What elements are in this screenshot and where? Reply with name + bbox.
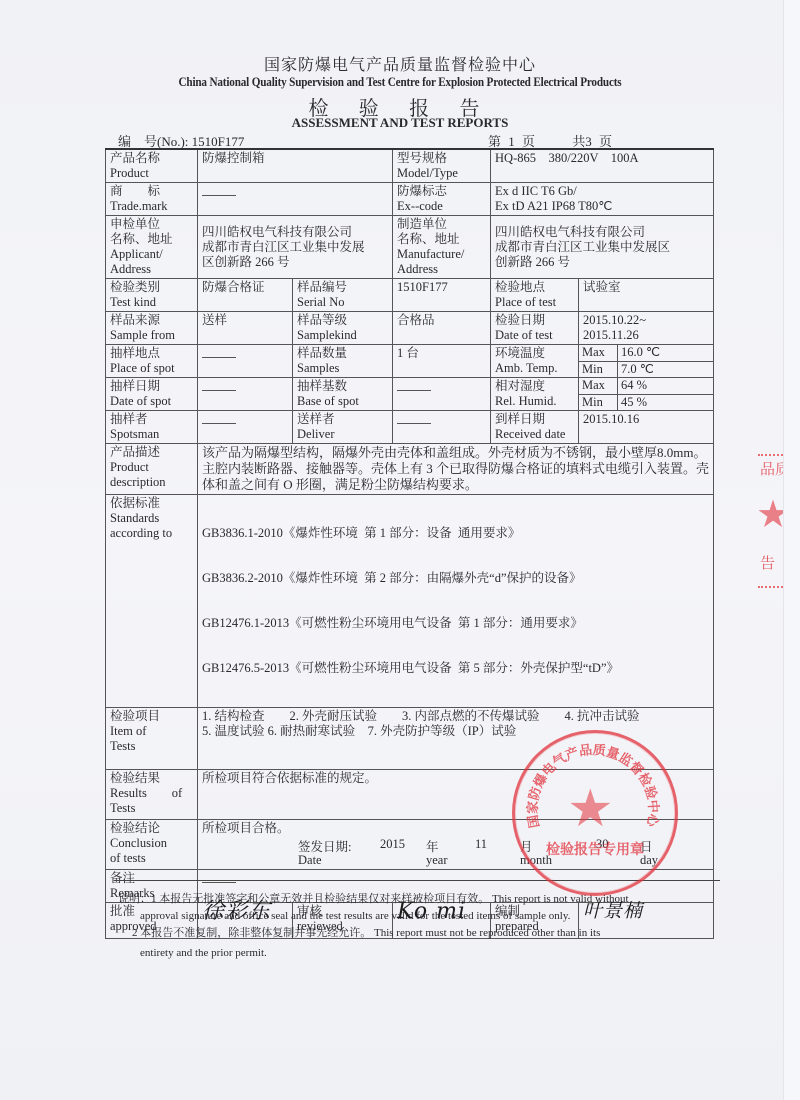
row-trademark: 商 标Trade.mark 防爆标志Ex--code Ex d IIC T6 G… <box>106 183 714 216</box>
standards-list: GB3836.1-2010《爆炸性环境 第 1 部分：设备 通用要求》 GB38… <box>198 495 714 708</box>
place-of-spot-label: 抽样地点Place of spot <box>106 345 198 378</box>
test-kind-label: 检验类别Test kind <box>106 279 198 312</box>
received-date-label: 到样日期Received date <box>491 411 579 444</box>
place-of-test-value: 试验室 <box>579 279 714 312</box>
samples-value: 1 台 <box>393 345 491 378</box>
base-of-spot-value <box>393 378 491 411</box>
amb-temp-label: 环境温度Amb. Temp. <box>491 345 579 378</box>
trademark-value <box>198 183 393 216</box>
sample-kind-label: 样品等级Samplekind <box>293 312 393 345</box>
place-of-spot-value <box>198 345 293 378</box>
report-page: 国家防爆电气产品质量监督检验中心 China National Quality … <box>0 0 800 1100</box>
row-place-of-spot: 抽样地点Place of spot 样品数量Samples 1 台 环境温度Am… <box>106 345 714 362</box>
date-of-test-label: 检验日期Date of test <box>491 312 579 345</box>
received-date-value: 2015.10.16 <box>579 411 714 444</box>
excode-value: Ex d IIC T6 Gb/Ex tD A21 IP68 T80℃ <box>491 183 714 216</box>
spotsman-value <box>198 411 293 444</box>
standard-item: GB3836.1-2010《爆炸性环境 第 1 部分：设备 通用要求》 <box>202 526 709 541</box>
page-total: 共3 页 <box>572 134 612 149</box>
standard-item: GB3836.2-2010《爆炸性环境 第 2 部分：由隔爆外壳“d”保护的设备… <box>202 571 709 586</box>
row-sample-from: 样品来源Sample from 送样 样品等级Samplekind 合格品 检验… <box>106 312 714 345</box>
items-of-tests-label: 检验项目Item ofTests <box>106 708 198 770</box>
standard-item: GB12476.1-2013《可燃性粉尘环境用电气设备 第 1 部分：通用要求》 <box>202 616 709 631</box>
applicant-value: 四川皓权电气科技有限公司成都市青白江区工业集中发展区创新路 266 号 <box>198 216 393 279</box>
excode-label: 防爆标志Ex--code <box>393 183 491 216</box>
issue-year: 2015 <box>380 837 405 852</box>
description-label: 产品描述Productdescription <box>106 444 198 495</box>
manufacturer-label: 制造单位名称、地址Manufacture/Address <box>393 216 491 279</box>
model-value: HQ-865 380/220V 100A <box>491 149 714 183</box>
spotsman-label: 抽样者Spotsman <box>106 411 198 444</box>
row-standards: 依据标准Standardsaccording to GB3836.1-2010《… <box>106 495 714 708</box>
rel-humid-min-value: 45 % <box>618 394 714 411</box>
rel-humid-min-label: Min <box>579 394 618 411</box>
test-kind-value: 防爆合格证 <box>198 279 293 312</box>
row-date-of-spot: 抽样日期Date of spot 抽样基数Base of spot 相对湿度Re… <box>106 378 714 395</box>
product-label: 产品名称Product <box>106 149 198 183</box>
date-of-spot-label: 抽样日期Date of spot <box>106 378 198 411</box>
trademark-label: 商 标Trade.mark <box>106 183 198 216</box>
official-seal: 国家防爆电气产品质量监督检验中心 ★ 检验报告专用章 <box>512 730 678 896</box>
description-value: 该产品为隔爆型结构，隔爆外壳由壳体和盖组成。外壳材质为不锈钢，最小壁厚8.0mm… <box>198 444 714 495</box>
sample-from-value: 送样 <box>198 312 293 345</box>
issue-month: 11 <box>475 837 487 852</box>
date-of-spot-value <box>198 378 293 411</box>
results-label: 检验结果Results ofTests <box>106 770 198 820</box>
notes: 说明：1 本报告无批准签字和公章无效并且检验结果仅对来样被检项目有效。 This… <box>118 891 708 962</box>
standard-item: GB12476.5-2013《可燃性粉尘环境用电气设备 第 5 部分：外壳保护型… <box>202 661 709 676</box>
row-test-kind: 检验类别Test kind 防爆合格证 样品编号Serial No 1510F1… <box>106 279 714 312</box>
amb-temp-max-label: Max <box>579 345 618 362</box>
model-label: 型号规格Model/Type <box>393 149 491 183</box>
manufacturer-value: 四川皓权电气科技有限公司成都市青白江区工业集中发展区创新路 266 号 <box>491 216 714 279</box>
conclusion-label: 检验结论Conclusionof tests <box>106 820 198 870</box>
amb-temp-min-value: 7.0 ℃ <box>618 361 714 378</box>
date-of-test-value: 2015.10.22~2015.11.26 <box>579 312 714 345</box>
row-product: 产品名称Product 防爆控制箱 型号规格Model/Type HQ-865 … <box>106 149 714 183</box>
serial-no-label: 样品编号Serial No <box>293 279 393 312</box>
product-value: 防爆控制箱 <box>198 149 393 183</box>
place-of-test-label: 检验地点Place of test <box>491 279 579 312</box>
base-of-spot-label: 抽样基数Base of spot <box>293 378 393 411</box>
deliver-label: 送样者Deliver <box>293 411 393 444</box>
serial-no-value: 1510F177 <box>393 279 491 312</box>
samples-label: 样品数量Samples <box>293 345 393 378</box>
row-description: 产品描述Productdescription 该产品为隔爆型结构，隔爆外壳由壳体… <box>106 444 714 495</box>
report-number-label: 编 号(No.): <box>118 134 188 149</box>
amb-temp-min-label: Min <box>579 361 618 378</box>
applicant-label: 申检单位名称、地址Applicant/Address <box>106 216 198 279</box>
standards-label: 依据标准Standardsaccording to <box>106 495 198 708</box>
org-name-en: China National Quality Supervision and T… <box>56 74 744 90</box>
amb-temp-max-value: 16.0 ℃ <box>618 345 714 362</box>
star-icon: ★ <box>567 783 614 835</box>
rel-humid-max-value: 64 % <box>618 378 714 395</box>
rel-humid-max-label: Max <box>579 378 618 395</box>
report-title-en: ASSESSMENT AND TEST REPORTS <box>0 115 800 131</box>
report-number-value: 1510F177 <box>192 134 245 149</box>
rel-humid-label: 相对湿度Rel. Humid. <box>491 378 579 411</box>
deliver-value <box>393 411 491 444</box>
sample-kind-value: 合格品 <box>393 312 491 345</box>
org-name-cn: 国家防爆电气产品质量监督检验中心 <box>0 52 800 75</box>
paper-edge <box>783 0 800 1100</box>
row-spotsman: 抽样者Spotsman 送样者Deliver 到样日期Received date… <box>106 411 714 444</box>
row-applicant: 申检单位名称、地址Applicant/Address 四川皓权电气科技有限公司成… <box>106 216 714 279</box>
page-current: 第 1 页 <box>488 134 535 149</box>
sample-from-label: 样品来源Sample from <box>106 312 198 345</box>
